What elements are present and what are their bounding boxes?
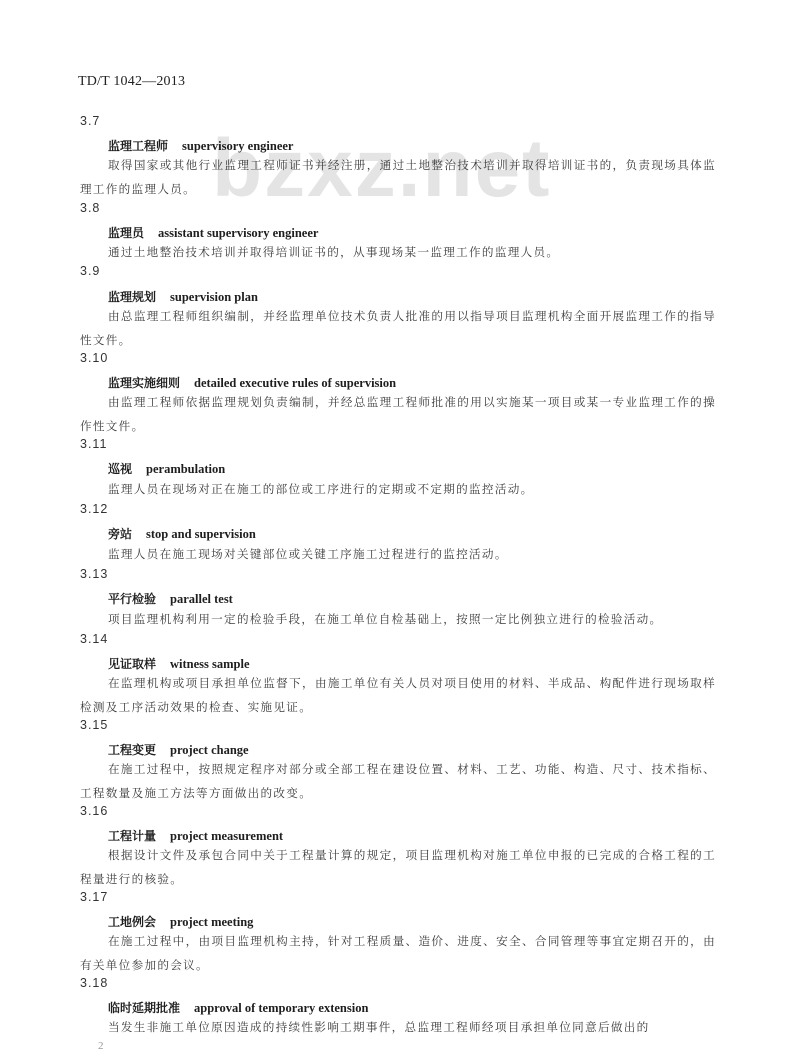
term-chinese: 监理实施细则 xyxy=(108,376,180,390)
term-definition: 在监理机构或项目承担单位监督下，由施工单位有关人员对项目使用的材料、半成品、构配… xyxy=(80,671,716,719)
term-definition: 由总监理工程师组织编制，并经监理单位技术负责人批准的用以指导项目监理机构全面开展… xyxy=(80,304,716,352)
term-definition: 通过土地整治技术培训并取得培训证书的，从事现场某一监理工作的监理人员。 xyxy=(80,240,716,264)
term-number: 3.8 xyxy=(80,201,100,215)
term-english: project change xyxy=(170,743,249,757)
term-chinese: 旁站 xyxy=(108,527,132,541)
term-chinese: 巡视 xyxy=(108,462,132,476)
term-english: detailed executive rules of supervision xyxy=(194,376,396,390)
term-chinese: 工程变更 xyxy=(108,743,156,757)
term-number: 3.15 xyxy=(80,718,108,732)
term-english: parallel test xyxy=(170,592,233,606)
term-chinese: 临时延期批准 xyxy=(108,1001,180,1015)
term-heading: 工程变更project change xyxy=(108,741,249,758)
term-number: 3.18 xyxy=(80,976,108,990)
term-number: 3.7 xyxy=(80,114,100,128)
term-definition: 项目监理机构利用一定的检验手段，在施工单位自检基础上，按照一定比例独立进行的检验… xyxy=(80,607,716,631)
term-number: 3.12 xyxy=(80,502,108,516)
term-definition: 由监理工程师依据监理规划负责编制，并经总监理工程师批准的用以实施某一项目或某一专… xyxy=(80,390,716,438)
term-english: approval of temporary extension xyxy=(194,1001,368,1015)
term-definition: 监理人员在现场对正在施工的部位或工序进行的定期或不定期的监控活动。 xyxy=(80,477,716,501)
term-number: 3.11 xyxy=(80,437,107,451)
term-english: assistant supervisory engineer xyxy=(158,226,318,240)
term-definition: 监理人员在施工现场对关键部位或关键工序施工过程进行的监控活动。 xyxy=(80,542,716,566)
term-english: project meeting xyxy=(170,915,253,929)
term-heading: 工地例会project meeting xyxy=(108,913,253,930)
term-definition: 在施工过程中，由项目监理机构主持，针对工程质量、造价、进度、安全、合同管理等事宜… xyxy=(80,929,716,977)
term-english: project measurement xyxy=(170,829,283,843)
term-number: 3.16 xyxy=(80,804,108,818)
term-definition: 取得国家或其他行业监理工程师证书并经注册，通过土地整治技术培训并取得培训证书的，… xyxy=(80,153,716,201)
term-heading: 监理规划supervision plan xyxy=(108,288,258,305)
term-english: perambulation xyxy=(146,462,225,476)
term-heading: 见证取样witness sample xyxy=(108,655,250,672)
term-english: supervision plan xyxy=(170,290,258,304)
term-number: 3.10 xyxy=(80,351,108,365)
standard-code: TD/T 1042—2013 xyxy=(78,74,185,90)
term-number: 3.9 xyxy=(80,264,100,278)
term-chinese: 监理员 xyxy=(108,226,144,240)
term-heading: 监理工程师supervisory engineer xyxy=(108,137,293,154)
term-english: supervisory engineer xyxy=(182,139,293,153)
term-definition: 根据设计文件及承包合同中关于工程量计算的规定，项目监理机构对施工单位申报的已完成… xyxy=(80,843,716,891)
term-number: 3.13 xyxy=(80,567,108,581)
term-heading: 旁站stop and supervision xyxy=(108,525,256,542)
term-chinese: 监理规划 xyxy=(108,290,156,304)
term-heading: 监理实施细则detailed executive rules of superv… xyxy=(108,374,396,391)
term-english: stop and supervision xyxy=(146,527,256,541)
term-chinese: 平行检验 xyxy=(108,592,156,606)
term-chinese: 工程计量 xyxy=(108,829,156,843)
term-number: 3.14 xyxy=(80,632,108,646)
document-page: TD/T 1042—2013 bzxz.net 3.7 监理工程师supervi… xyxy=(0,0,800,1064)
term-heading: 工程计量project measurement xyxy=(108,827,283,844)
term-chinese: 见证取样 xyxy=(108,657,156,671)
term-heading: 监理员assistant supervisory engineer xyxy=(108,224,318,241)
term-english: witness sample xyxy=(170,657,250,671)
term-heading: 平行检验parallel test xyxy=(108,590,233,607)
term-chinese: 监理工程师 xyxy=(108,139,168,153)
term-heading: 巡视perambulation xyxy=(108,460,225,477)
page-number: 2 xyxy=(98,1040,104,1052)
term-heading: 临时延期批准approval of temporary extension xyxy=(108,999,368,1016)
term-definition: 当发生非施工单位原因造成的持续性影响工期事件，总监理工程师经项目承担单位同意后做… xyxy=(80,1015,716,1039)
term-number: 3.17 xyxy=(80,890,108,904)
term-definition: 在施工过程中，按照规定程序对部分或全部工程在建设位置、材料、工艺、功能、构造、尺… xyxy=(80,757,716,805)
term-chinese: 工地例会 xyxy=(108,915,156,929)
